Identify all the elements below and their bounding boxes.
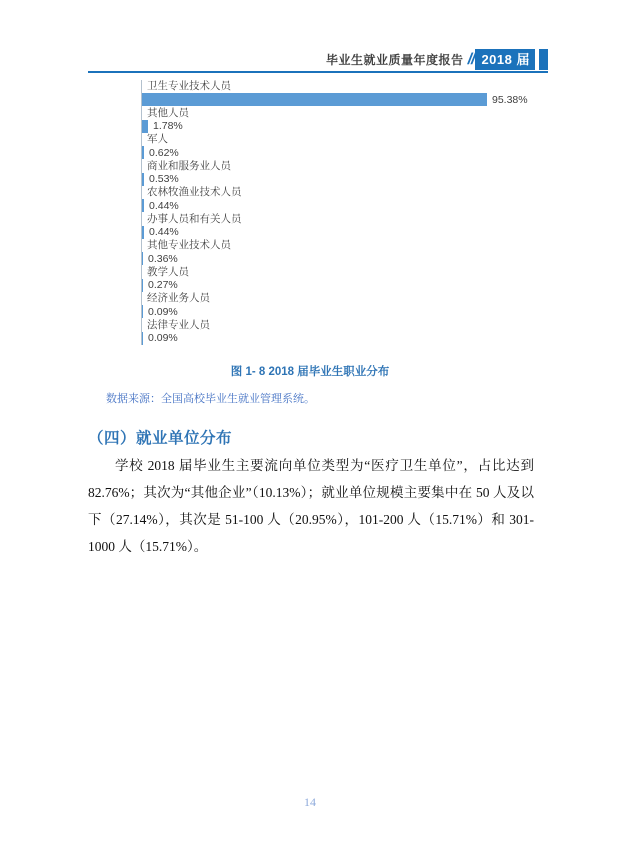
chart-bar-segment — [142, 173, 144, 186]
chart-bar-line: 0.62% — [142, 146, 548, 160]
chart-value-label: 0.36% — [148, 253, 178, 265]
chart-category-label: 办事人员和有关人员 — [142, 213, 548, 226]
chart-bar-line: 0.53% — [142, 173, 548, 187]
chart-row: 经济业务人员0.09% — [142, 292, 548, 319]
chart-bar-line: 95.38% — [142, 93, 548, 107]
chart-row: 办事人员和有关人员0.44% — [142, 213, 548, 240]
chart-value-label: 0.09% — [148, 332, 178, 344]
body-paragraph: 学校 2018 届毕业生主要流向单位类型为“医疗卫生单位”，占比达到 82.76… — [88, 452, 534, 560]
data-source-note: 数据来源：全国高校毕业生就业管理系统。 — [106, 390, 315, 406]
chart-bar-segment — [142, 146, 144, 159]
bar-chart: 卫生专业技术人员95.38%其他人员1.78%军人0.62%商业和服务业人员0.… — [141, 80, 548, 345]
chart-category-label: 卫生专业技术人员 — [142, 80, 548, 93]
chart-value-label: 1.78% — [153, 120, 183, 132]
page-number: 14 — [0, 795, 620, 810]
chart-bar-segment — [142, 199, 144, 212]
chart-bar-segment — [142, 93, 487, 106]
header-rule — [88, 71, 548, 73]
chart-row: 农林牧渔业技术人员0.44% — [142, 186, 548, 213]
chart-value-label: 0.44% — [149, 200, 179, 212]
year-badge: 2018 届 — [475, 49, 535, 70]
chart-category-label: 商业和服务业人员 — [142, 160, 548, 173]
page-header: 毕业生就业质量年度报告 // 2018 届 — [88, 49, 548, 70]
chart-bar-segment — [142, 279, 143, 292]
chart-bar-line: 0.44% — [142, 199, 548, 213]
chart-bar-line: 0.36% — [142, 252, 548, 266]
double-slash-icon: // — [468, 51, 475, 69]
chart-bar-segment — [142, 120, 148, 133]
chart-category-label: 教学人员 — [142, 266, 548, 279]
chart-row: 军人0.62% — [142, 133, 548, 160]
chart-category-label: 其他专业技术人员 — [142, 239, 548, 252]
chart-bar-line: 0.09% — [142, 332, 548, 346]
chart-bar-segment — [142, 332, 143, 345]
chart-category-label: 农林牧渔业技术人员 — [142, 186, 548, 199]
chart-value-label: 0.44% — [149, 226, 179, 238]
chart-category-label: 经济业务人员 — [142, 292, 548, 305]
chart-value-label: 0.62% — [149, 147, 179, 159]
chart-row: 卫生专业技术人员95.38% — [142, 80, 548, 107]
chart-row: 教学人员0.27% — [142, 266, 548, 293]
chart-category-label: 法律专业人员 — [142, 319, 548, 332]
chart-row: 其他专业技术人员0.36% — [142, 239, 548, 266]
chart-row: 商业和服务业人员0.53% — [142, 160, 548, 187]
chart-bar-line: 1.78% — [142, 120, 548, 134]
section-heading: （四）就业单位分布 — [88, 426, 232, 448]
chart-bar-segment — [142, 226, 144, 239]
figure-caption: 图 1- 8 2018 届毕业生职业分布 — [0, 363, 620, 379]
chart-bar-line: 0.44% — [142, 226, 548, 240]
chart-row: 法律专业人员0.09% — [142, 319, 548, 346]
chart-value-label: 0.09% — [148, 306, 178, 318]
chart-category-label: 军人 — [142, 133, 548, 146]
chart-bar-line: 0.27% — [142, 279, 548, 293]
chart-value-label: 0.53% — [149, 173, 179, 185]
chart-value-label: 0.27% — [148, 279, 178, 291]
chart-value-label: 95.38% — [492, 94, 528, 106]
chart-bar-segment — [142, 252, 143, 265]
chart-bar-segment — [142, 305, 143, 318]
chart-category-label: 其他人员 — [142, 107, 548, 120]
header-report-title: 毕业生就业质量年度报告 — [326, 51, 464, 68]
chart-bar-line: 0.09% — [142, 305, 548, 319]
blue-square-icon — [539, 49, 548, 70]
chart-row: 其他人员1.78% — [142, 107, 548, 134]
report-page: 毕业生就业质量年度报告 // 2018 届 卫生专业技术人员95.38%其他人员… — [0, 0, 620, 841]
